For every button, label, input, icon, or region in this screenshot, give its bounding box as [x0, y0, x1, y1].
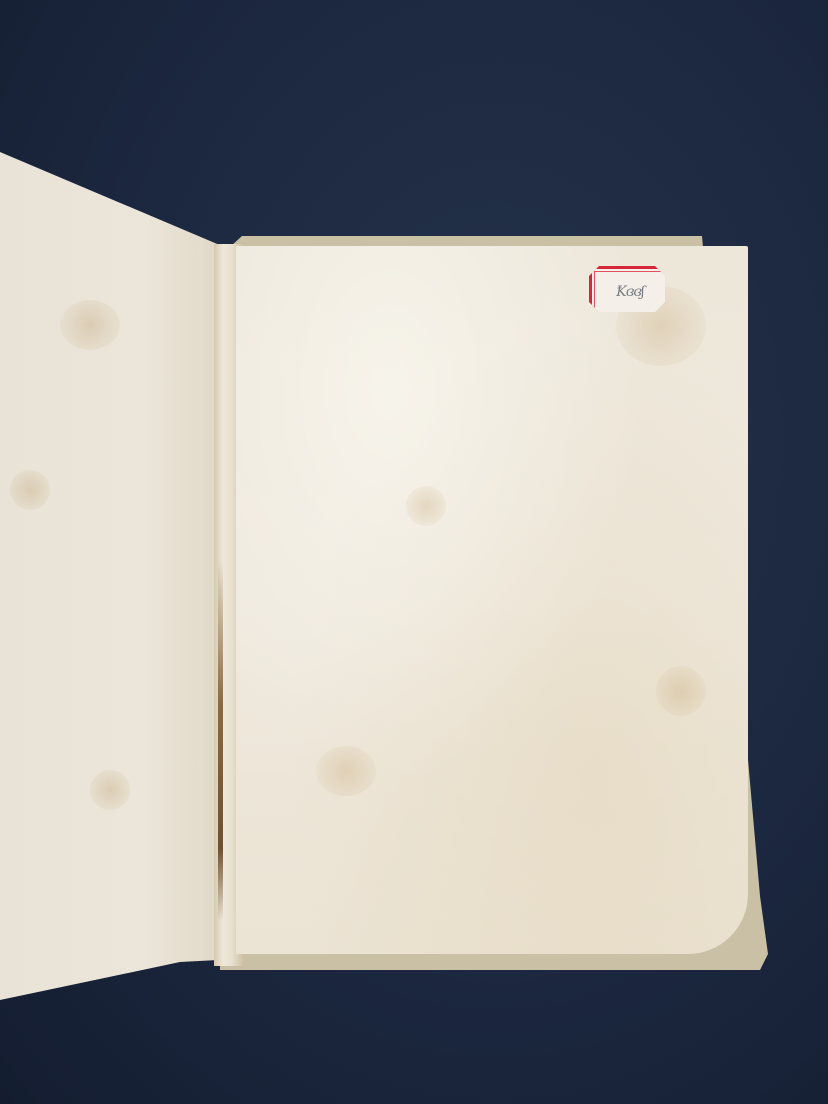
- stain: [656, 666, 706, 716]
- foxing-spot: [10, 470, 50, 510]
- photo-scene: Ꝁɞɞʃ: [0, 0, 828, 1104]
- hinge-crack: [218, 560, 223, 920]
- stain: [316, 746, 376, 796]
- foxing-spot: [90, 770, 130, 810]
- flyleaf-page: [0, 0, 240, 1104]
- foxing-spot: [60, 300, 120, 350]
- stain: [406, 486, 446, 526]
- label-handwriting: Ꝁɞɞʃ: [616, 284, 643, 300]
- pastedown-endpaper: [236, 246, 748, 954]
